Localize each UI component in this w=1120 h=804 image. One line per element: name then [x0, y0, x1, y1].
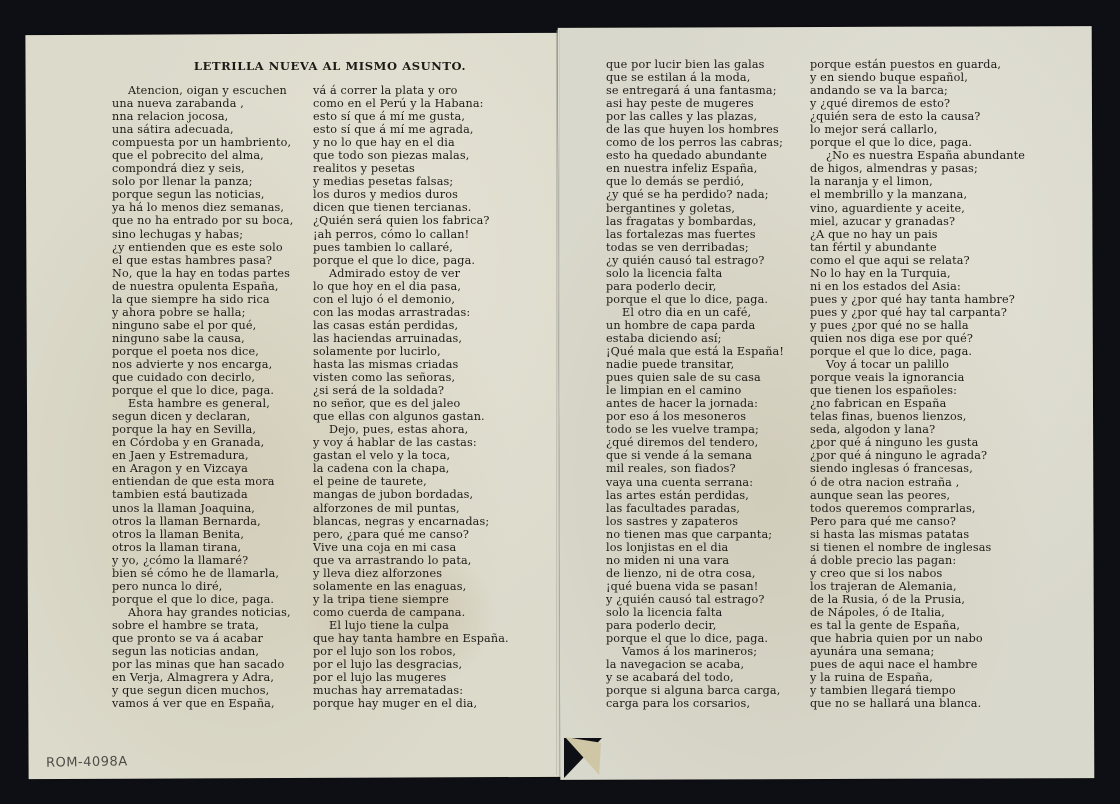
verse-line: otros la llaman tirana, — [112, 541, 293, 554]
verse-line: muchas hay arrematadas: — [313, 684, 509, 697]
text-column-4: porque están puestos en guarda,y en sien… — [810, 58, 1025, 710]
verse-line: que lo demás se perdió, — [606, 175, 784, 188]
verse-line: por las minas que han sacado — [112, 658, 293, 671]
verse-line: solo la licencia falta — [606, 267, 784, 280]
verse-line: el membrillo y la manzana, — [810, 188, 1025, 201]
verse-line: segun dicen y declaran, — [112, 410, 293, 423]
verse-line: ¡ah perros, cómo lo callan! — [313, 228, 509, 241]
verse-line: sino lechugas y habas; — [112, 228, 293, 241]
verse-line: un hombre de capa parda — [606, 319, 784, 332]
verse-line: que se estilan á la moda, — [606, 71, 784, 84]
verse-line: y ¿qué diremos de esto? — [810, 97, 1025, 110]
verse-line: de nuestra opulenta España, — [112, 280, 293, 293]
verse-line: ¿quién sera de esto la causa? — [810, 110, 1025, 123]
verse-line: pues tambien lo callaré, — [313, 241, 509, 254]
verse-line: esto sí que á mí me gusta, — [313, 110, 509, 123]
verse-line: como cuerda de campana. — [313, 606, 509, 619]
verse-line: carga para los corsarios, — [606, 697, 784, 710]
verse-line: porque el poeta nos dice, — [112, 345, 293, 358]
verse-line: vá á correr la plata y oro — [313, 84, 509, 97]
verse-line: andando se va la barca; — [810, 84, 1025, 97]
verse-line: blancas, negras y encarnadas; — [313, 515, 509, 528]
verse-line: solamente en las enaguas, — [313, 580, 509, 593]
verse-line: que hay tanta hambre en España. — [313, 632, 509, 645]
verse-line: y voy á hablar de las castas: — [313, 436, 509, 449]
verse-line: que pronto se va á acabar — [112, 632, 293, 645]
verse-line: de las que huyen los hombres — [606, 123, 784, 136]
verse-line: que por lucir bien las galas — [606, 58, 784, 71]
verse-line: asi hay peste de mugeres — [606, 97, 784, 110]
verse-line: esto ha quedado abundante — [606, 149, 784, 162]
verse-line: por el lujo las mugeres — [313, 671, 509, 684]
verse-line: para poderlo decir, — [606, 619, 784, 632]
verse-line: unos la llaman Joaquina, — [112, 502, 293, 515]
verse-line: es tal la gente de España, — [810, 619, 1025, 632]
verse-line: porque el que lo dice, paga. — [606, 293, 784, 306]
verse-line: ya há lo menos diez semanas, — [112, 201, 293, 214]
verse-line: dicen que tienen tercianas. — [313, 201, 509, 214]
verse-line: la que siempre ha sido rica — [112, 293, 293, 306]
verse-line: compondrá diez y seis, — [112, 162, 293, 175]
verse-line: que no ha entrado por su boca, — [112, 214, 293, 227]
verse-line: Dejo, pues, estas ahora, — [313, 423, 509, 436]
verse-line: para poderlo decir, — [606, 280, 784, 293]
verse-line: otros la llaman Bernarda, — [112, 515, 293, 528]
verse-line: con las modas arrastradas: — [313, 306, 509, 319]
verse-line: lo que hoy en el dia pasa, — [313, 280, 509, 293]
verse-line: si tienen el nombre de inglesas — [810, 541, 1025, 554]
verse-line: ¿por qué á ninguno les gusta — [810, 436, 1025, 449]
verse-line: bergantines y goletas, — [606, 202, 784, 215]
text-column-1: Atencion, oigan y escuchenuna nueva zara… — [112, 84, 293, 710]
verse-line: que no se hallará una blanca. — [810, 697, 1025, 710]
verse-line: Esta hambre es general, — [112, 397, 293, 410]
verse-line: de lienzo, ni de otra cosa, — [606, 567, 784, 580]
verse-line: los trajeran de Alemania, — [810, 580, 1025, 593]
verse-line: hasta las mismas criadas — [313, 358, 509, 371]
text-column-2: vá á correr la plata y orocomo en el Per… — [313, 84, 509, 710]
verse-line: No lo hay en la Turquia, — [810, 267, 1025, 280]
verse-line: porque la hay en Sevilla, — [112, 423, 293, 436]
verse-line: ¡Qué mala que está la España! — [606, 345, 784, 358]
verse-line: ¿por qué á ninguno le agrada? — [810, 449, 1025, 462]
verse-line: que si vende á la semana — [606, 449, 784, 462]
verse-line: quien nos diga ese por qué? — [810, 332, 1025, 345]
verse-line: los lonjistas en el dia — [606, 541, 784, 554]
verse-line: ayunára una semana; — [810, 645, 1025, 658]
verse-line: que cuidado con decirlo, — [112, 371, 293, 384]
verse-line: el peine de taurete, — [313, 475, 509, 488]
verse-line: mil reales, son fiados? — [606, 462, 784, 475]
verse-line: Pero para qué me canso? — [810, 515, 1025, 528]
verse-line: que habria quien por un nabo — [810, 632, 1025, 645]
verse-line: y lleva diez alforzones — [313, 567, 509, 580]
verse-line: en nuestra infeliz España, — [606, 162, 784, 175]
verse-line: le limpian en el camino — [606, 384, 784, 397]
verse-line: y no lo que hay en el dia — [313, 136, 509, 149]
poem-title: LETRILLA NUEVA AL MISMO ASUNTO. — [150, 59, 510, 73]
verse-line: ninguno sabe la causa, — [112, 332, 293, 345]
verse-line: las facultades paradas, — [606, 502, 784, 515]
verse-line: de Nápoles, ó de Italia, — [810, 606, 1025, 619]
verse-line: en Verja, Almagrera y Adra, — [112, 671, 293, 684]
verse-line: solo por llenar la panza; — [112, 175, 293, 188]
verse-line: ¿y entienden que es este solo — [112, 241, 293, 254]
verse-line: y la tripa tiene siempre — [313, 593, 509, 606]
verse-line: las artes están perdidas, — [606, 489, 784, 502]
verse-line: sobre el hambre se trata, — [112, 619, 293, 632]
verse-line: la navegacion se acaba, — [606, 658, 784, 671]
verse-line: y tambien llegará tiempo — [810, 684, 1025, 697]
verse-line: Voy á tocar un palillo — [810, 358, 1025, 371]
verse-line: aunque sean las peores, — [810, 489, 1025, 502]
verse-line: porque hay muger en el dia, — [313, 697, 509, 710]
verse-line: segun las noticias andan, — [112, 645, 293, 658]
verse-line: ¿Quién será quien los fabrica? — [313, 214, 509, 227]
verse-line: alforzones de mil puntas, — [313, 502, 509, 515]
verse-line: porque el que lo dice, paga. — [313, 254, 509, 267]
verse-line: vamos á ver que en España, — [112, 697, 293, 710]
verse-line: se entregará á una fantasma; — [606, 84, 784, 97]
verse-line: Atencion, oigan y escuchen — [112, 84, 293, 97]
verse-line: ó de otra nacion estraña , — [810, 476, 1025, 489]
verse-line: ¿qué diremos del tendero, — [606, 436, 784, 449]
verse-line: pues quien sale de su casa — [606, 371, 784, 384]
verse-line: en Córdoba y en Granada, — [112, 436, 293, 449]
verse-line: por el lujo son los robos, — [313, 645, 509, 658]
verse-line: gastan el velo y la toca, — [313, 449, 509, 462]
verse-line: No, que la hay en todas partes — [112, 267, 293, 280]
verse-line: ¡qué buena vida se pasan! — [606, 580, 784, 593]
verse-line: porque el que lo dice, paga. — [112, 593, 293, 606]
verse-line: porque si alguna barca carga, — [606, 684, 784, 697]
verse-line: las haciendas arruinadas, — [313, 332, 509, 345]
verse-line: los sastres y zapateros — [606, 515, 784, 528]
verse-line: visten como las señoras, — [313, 371, 509, 384]
verse-line: todas se ven derribadas; — [606, 241, 784, 254]
verse-line: Ahora hay grandes noticias, — [112, 606, 293, 619]
verse-line: ¿si será de la soldada? — [313, 384, 509, 397]
verse-line: porque el que lo dice, paga. — [606, 632, 784, 645]
verse-line: pues de aqui nace el hambre — [810, 658, 1025, 671]
verse-line: ¿A que no hay un pais — [810, 228, 1025, 241]
verse-line: mangas de jubon bordadas, — [313, 488, 509, 501]
verse-line: ¿No es nuestra España abundante — [810, 149, 1025, 162]
verse-line: bien sé cómo he de llamarla, — [112, 567, 293, 580]
verse-line: no señor, que es del jaleo — [313, 397, 509, 410]
verse-line: solo la licencia falta — [606, 606, 784, 619]
verse-line: no miden ni una vara — [606, 554, 784, 567]
verse-line: todo se les vuelve trampa; — [606, 423, 784, 436]
verse-line: con el lujo ó el demonio, — [313, 293, 509, 306]
verse-line: de higos, almendras y pasas; — [810, 162, 1025, 175]
verse-line: porque el que lo dice, paga. — [810, 345, 1025, 358]
verse-line: si hasta las mismas patatas — [810, 528, 1025, 541]
verse-line: la naranja y el limon, — [810, 175, 1025, 188]
verse-line: y se acabará del todo, — [606, 671, 784, 684]
verse-line: que el pobrecito del alma, — [112, 149, 293, 162]
verse-line: como el que aqui se relata? — [810, 254, 1025, 267]
archive-shelfmark: ROM-4098A — [46, 754, 128, 770]
verse-line: porque están puestos en guarda, — [810, 58, 1025, 71]
verse-line: y ¿quién causó tal estrago? — [606, 593, 784, 606]
verse-line: ¿y qué se ha perdido? nada; — [606, 188, 784, 201]
verse-line: antes de hacer la jornada: — [606, 397, 784, 410]
verse-line: vino, aguardiente y aceite, — [810, 202, 1025, 215]
verse-line: solamente por lucirlo, — [313, 345, 509, 358]
verse-line: por eso á los mesoneros — [606, 410, 784, 423]
verse-line: por el lujo las desgracias, — [313, 658, 509, 671]
verse-line: otros la llaman Benita, — [112, 528, 293, 541]
verse-line: estaba diciendo así; — [606, 332, 784, 345]
verse-line: porque veais la ignorancia — [810, 371, 1025, 384]
verse-line: el que estas hambres pasa? — [112, 254, 293, 267]
verse-line: entiendan de que esta mora — [112, 475, 293, 488]
verse-line: telas finas, buenos lienzos, — [810, 410, 1025, 423]
verse-line: nna relacion jocosa, — [112, 110, 293, 123]
verse-line: Vamos á los marineros; — [606, 645, 784, 658]
verse-line: y medias pesetas falsas; — [313, 175, 509, 188]
verse-line: como de los perros las cabras; — [606, 136, 784, 149]
verse-line: en Aragon y en Vizcaya — [112, 462, 293, 475]
verse-line: las fragatas y bombardas, — [606, 215, 784, 228]
verse-line: realitos y pesetas — [313, 162, 509, 175]
verse-line: los duros y medios duros — [313, 188, 509, 201]
verse-line: que todo son piezas malas, — [313, 149, 509, 162]
text-column-3: que por lucir bien las galasque se estil… — [606, 58, 784, 710]
verse-line: que va arrastrando lo pata, — [313, 554, 509, 567]
verse-line: ¿no fabrican en España — [810, 397, 1025, 410]
verse-line: pues y ¿por qué hay tanta hambre? — [810, 293, 1025, 306]
verse-line: de la Rusia, ó de la Prusia, — [810, 593, 1025, 606]
verse-line: una nueva zarabanda , — [112, 97, 293, 110]
verse-line: El otro dia en un café, — [606, 306, 784, 319]
verse-line: nadie puede transitar, — [606, 358, 784, 371]
verse-line: porque segun las noticias, — [112, 188, 293, 201]
verse-line: las fortalezas mas fuertes — [606, 228, 784, 241]
verse-line: porque el que lo dice, paga. — [112, 384, 293, 397]
verse-line: compuesta por un hambriento, — [112, 136, 293, 149]
verse-line: y creo que si los nabos — [810, 567, 1025, 580]
verse-line: esto sí que á mí me agrada, — [313, 123, 509, 136]
verse-line: por las calles y las plazas, — [606, 110, 784, 123]
verse-line: porque el que lo dice, paga. — [810, 136, 1025, 149]
verse-line: y que segun dicen muchos, — [112, 684, 293, 697]
verse-line: á doble precio las pagan: — [810, 554, 1025, 567]
verse-line: la cadena con la chapa, — [313, 462, 509, 475]
verse-line: que ellas con algunos gastan. — [313, 410, 509, 423]
verse-line: siendo inglesas ó francesas, — [810, 462, 1025, 475]
verse-line: pero, ¿para qué me canso? — [313, 528, 509, 541]
verse-line: tan fértil y abundante — [810, 241, 1025, 254]
verse-line: lo mejor será callarlo, — [810, 123, 1025, 136]
verse-line: no tienen mas que carpanta; — [606, 528, 784, 541]
verse-line: las casas están perdidas, — [313, 319, 509, 332]
verse-line: todos queremos comprarlas, — [810, 502, 1025, 515]
verse-line: vaya una cuenta serrana: — [606, 476, 784, 489]
verse-line: ni en los estados del Asia: — [810, 280, 1025, 293]
verse-line: en Jaen y Estremadura, — [112, 449, 293, 462]
verse-line: ¿y quién causó tal estrago? — [606, 254, 784, 267]
verse-line: pero nunca lo diré, — [112, 580, 293, 593]
verse-line: seda, algodon y lana? — [810, 423, 1025, 436]
verse-line: una sátira adecuada, — [112, 123, 293, 136]
verse-line: y en siendo buque español, — [810, 71, 1025, 84]
verse-line: y pues ¿por qué no se halla — [810, 319, 1025, 332]
verse-line: Vive una coja en mi casa — [313, 541, 509, 554]
verse-line: como en el Perú y la Habana: — [313, 97, 509, 110]
verse-line: y ahora pobre se halla; — [112, 306, 293, 319]
verse-line: y la ruina de España, — [810, 671, 1025, 684]
verse-line: Admirado estoy de ver — [313, 267, 509, 280]
verse-line: El lujo tiene la culpa — [313, 619, 509, 632]
verse-line: que tienen los españoles: — [810, 384, 1025, 397]
verse-line: ninguno sabe el por qué, — [112, 319, 293, 332]
verse-line: tambien está bautizada — [112, 488, 293, 501]
verse-line: miel, azucar y granadas? — [810, 215, 1025, 228]
page-fold — [556, 30, 560, 775]
verse-line: nos advierte y nos encarga, — [112, 358, 293, 371]
verse-line: pues y ¿por qué hay tal carpanta? — [810, 306, 1025, 319]
verse-line: y yo, ¿cómo la llamaré? — [112, 554, 293, 567]
